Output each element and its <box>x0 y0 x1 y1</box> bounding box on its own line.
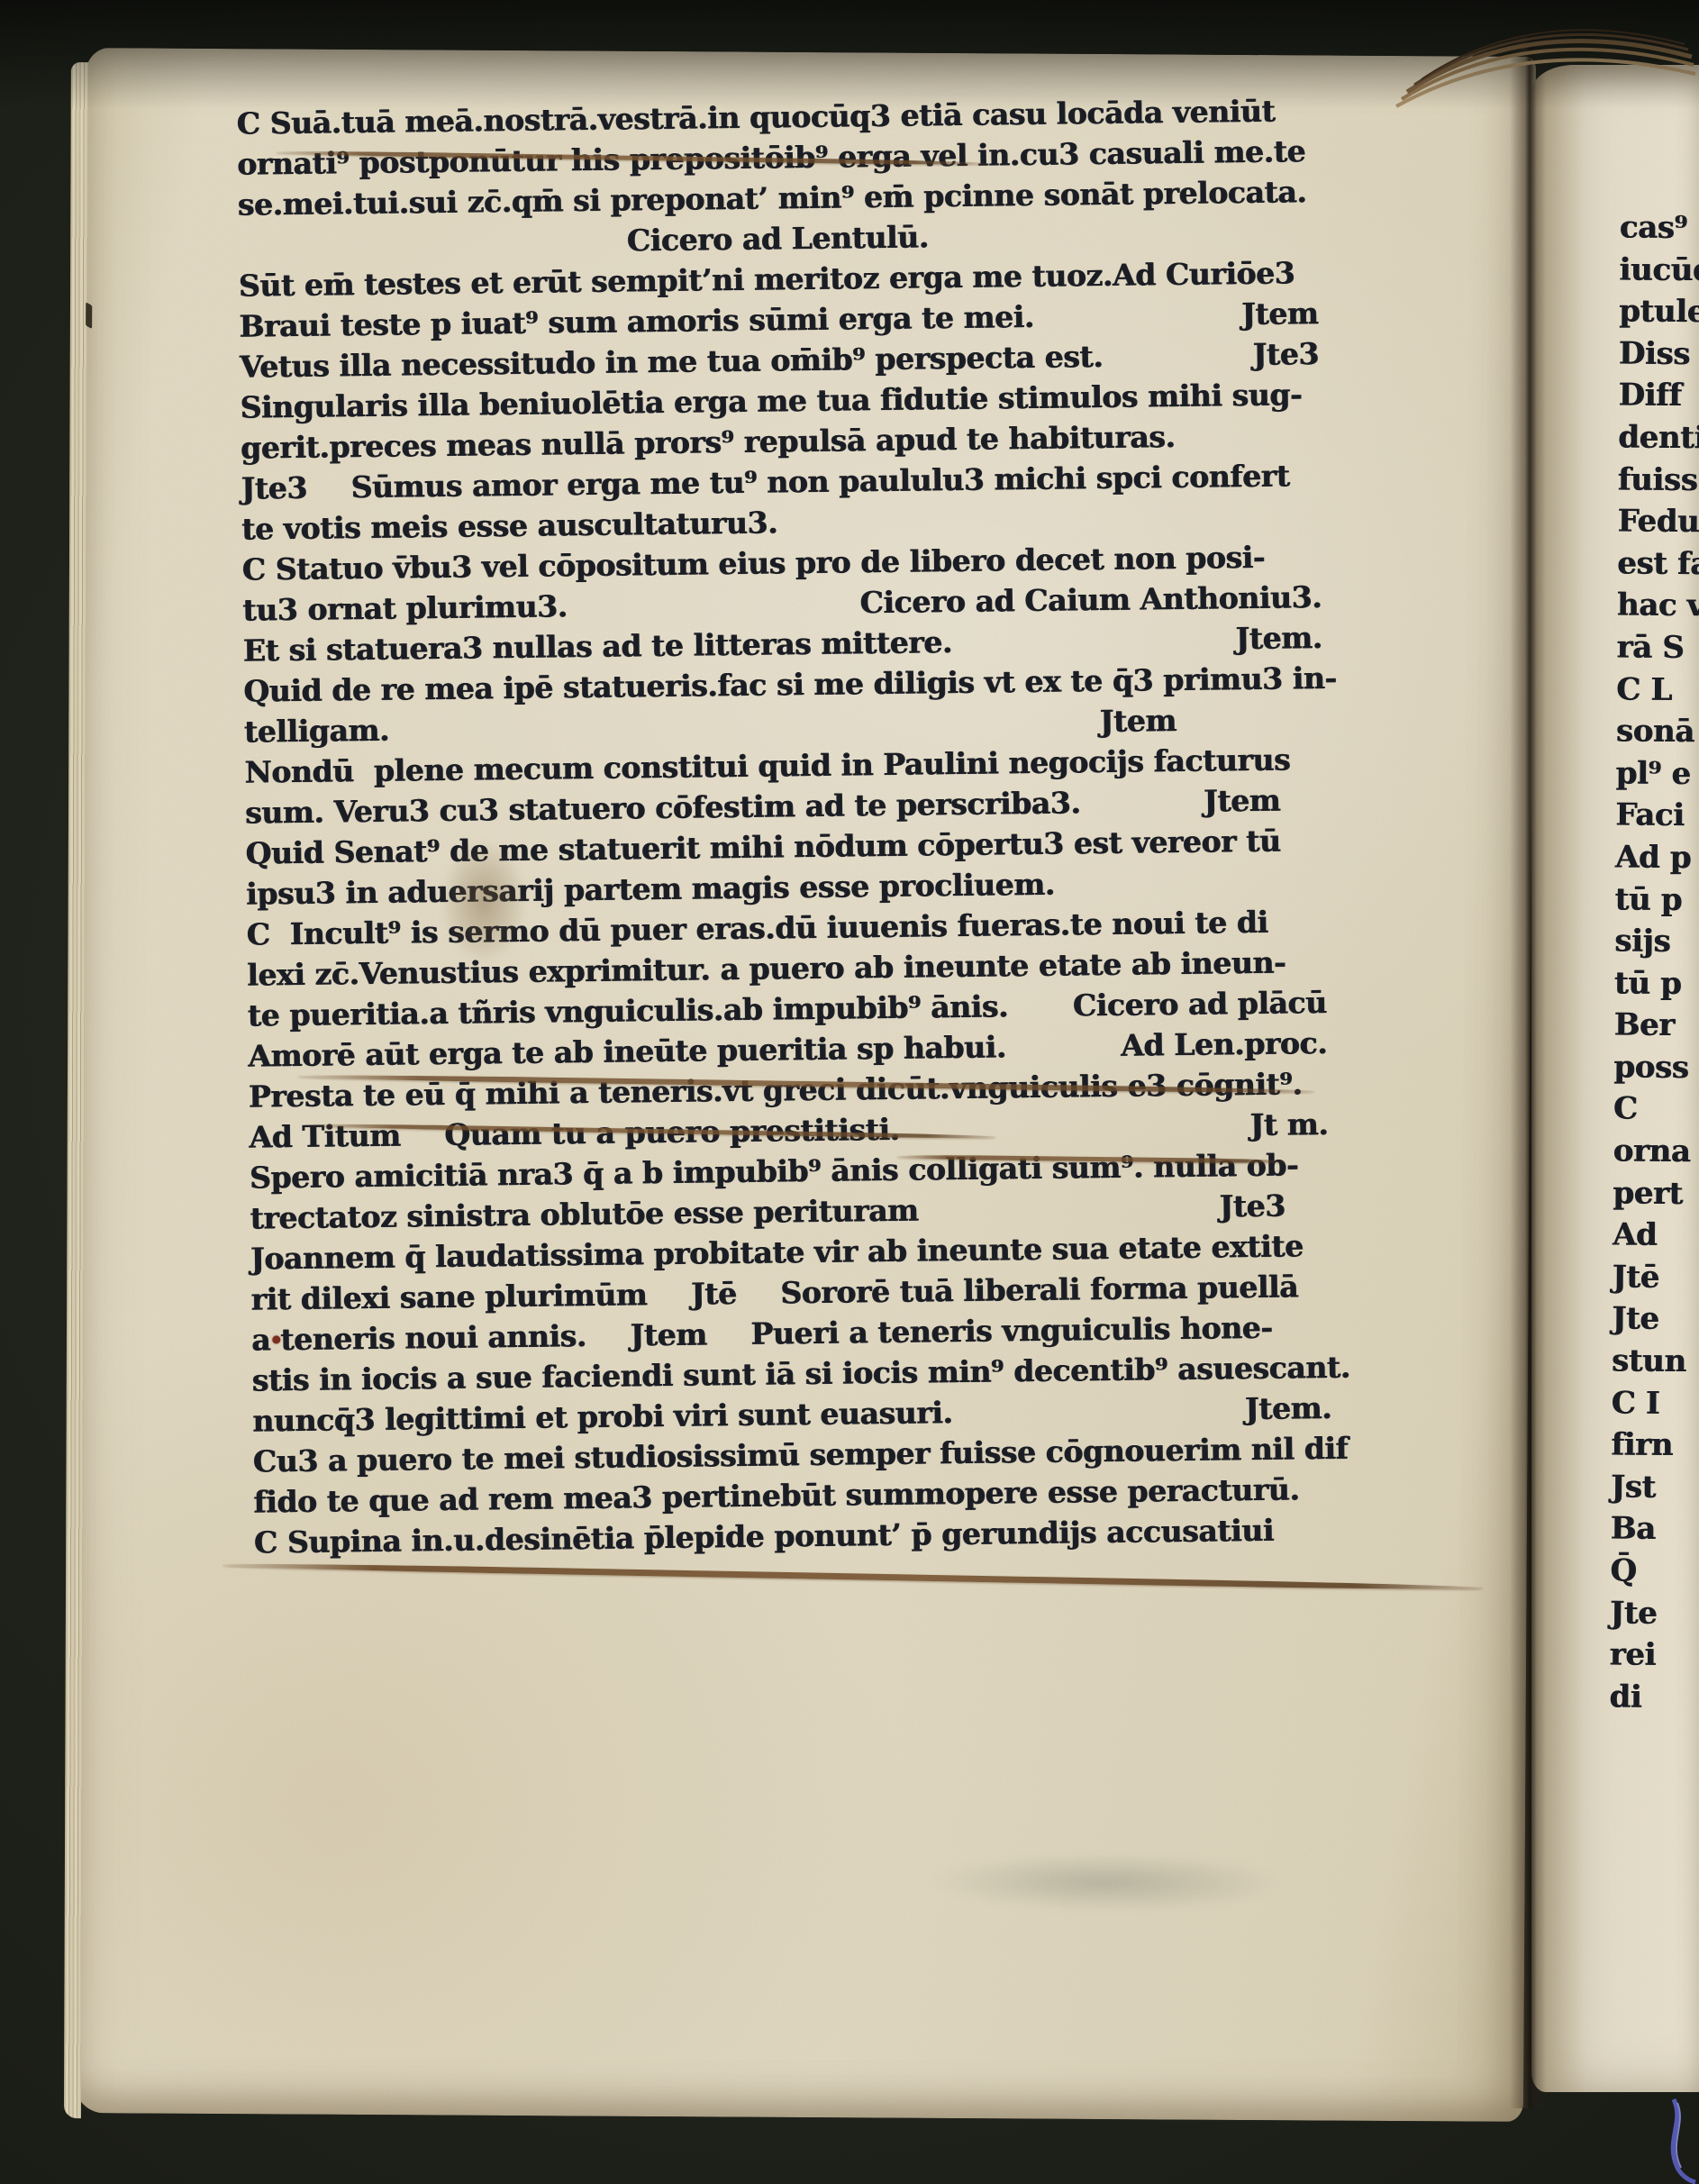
text-segment: Jte3 <box>1252 333 1319 375</box>
text-block: C Suā.tuā meā.nostrā.vestrā.in quocūq3 e… <box>236 90 1333 1563</box>
text-fragment: tū p <box>1614 878 1699 922</box>
right-page-text-column: cas⁹iucūdptuleDissDiffdentifuissFeduest … <box>1609 207 1699 1719</box>
ink-dot <box>272 1335 280 1343</box>
photo-background: C Suā.tuā meā.nostrā.vestrā.in quocūq3 e… <box>0 0 1699 2184</box>
text-fragment: C <box>1613 1088 1699 1132</box>
text-segment: telligam. <box>244 710 390 752</box>
text-segment: Jtem <box>1099 698 1323 742</box>
text-fragment: Jst <box>1611 1466 1699 1509</box>
text-segment: Jt m. <box>1249 1104 1328 1145</box>
text-segment: Jte3 <box>1219 1185 1329 1226</box>
text-fragment: rei <box>1609 1634 1699 1678</box>
text-fragment: iucūd <box>1619 249 1699 292</box>
text-fragment: poss <box>1613 1046 1699 1089</box>
text-fragment: Ad p <box>1615 836 1699 879</box>
gutter-shadow <box>1510 36 1546 2108</box>
text-fragment: Jte <box>1612 1298 1699 1342</box>
right-page-partial: cas⁹iucūdptuleDissDiffdentifuissFeduest … <box>1531 65 1699 2092</box>
text-fragment: fuiss <box>1618 459 1699 502</box>
text-fragment: tū p <box>1614 962 1699 1006</box>
book-top-fore-edges <box>1349 5 1699 123</box>
text-fragment: Ba <box>1610 1508 1699 1552</box>
text-segment: Cicero ad Lentulū. <box>626 216 928 260</box>
text-fragment: est fa <box>1617 542 1699 586</box>
text-fragment: pert <box>1613 1172 1699 1215</box>
text-fragment: ptule <box>1619 291 1699 334</box>
text-segment: Cicero ad Caium Anthoniu3. <box>859 577 1322 623</box>
show-through-smudge <box>930 1852 1281 1913</box>
text-fragment: C I <box>1611 1382 1699 1425</box>
text-fragment: pl⁹ e <box>1615 752 1699 796</box>
text-fragment: cas⁹ <box>1620 207 1699 250</box>
text-segment: te votis meis esse auscultaturu3. <box>241 502 777 549</box>
binding-thread <box>1658 2098 1699 2184</box>
text-fragment: rā S <box>1616 626 1699 669</box>
text-fragment: Ber <box>1613 1005 1699 1048</box>
text-fragment: firn <box>1611 1424 1699 1468</box>
text-fragment: Ad <box>1613 1215 1699 1258</box>
text-segment: Jtem <box>1204 779 1324 822</box>
text-segment: Jtem. <box>1245 1388 1332 1429</box>
text-segment: Jtem <box>1241 293 1319 334</box>
text-fragment: orna <box>1613 1131 1699 1174</box>
text-fragment: hac v <box>1617 585 1699 628</box>
text-fragment: Jtē <box>1612 1256 1699 1299</box>
text-fragment: Diss <box>1619 332 1699 376</box>
paper-stain <box>441 840 528 965</box>
text-fragment: Diff <box>1618 375 1699 418</box>
text-fragment: sonā <box>1616 711 1699 754</box>
text-segment: Cicero ad plācū <box>1073 982 1327 1025</box>
text-fragment: sijs <box>1614 921 1699 964</box>
text-segment: Jtem. <box>1235 617 1322 659</box>
text-fragment: Jte <box>1610 1592 1699 1635</box>
left-page: C Suā.tuā meā.nostrā.vestrā.in quocūq3 e… <box>73 48 1536 2122</box>
text-fragment: Faci <box>1615 795 1699 838</box>
text-fragment: denti <box>1618 416 1699 460</box>
text-fragment: Fedu <box>1617 501 1699 544</box>
page-edge-nick <box>86 302 92 329</box>
text-segment: tu3 ornat plurimu3. <box>242 586 568 630</box>
ink-underline <box>223 1562 1484 1592</box>
text-segment: Ad Len.proc. <box>1121 1023 1328 1066</box>
text-fragment: Q̄ <box>1610 1550 1699 1593</box>
text-fragment: di <box>1609 1676 1699 1719</box>
text-fragment: C L <box>1616 669 1699 712</box>
text-fragment: stun <box>1612 1341 1699 1384</box>
